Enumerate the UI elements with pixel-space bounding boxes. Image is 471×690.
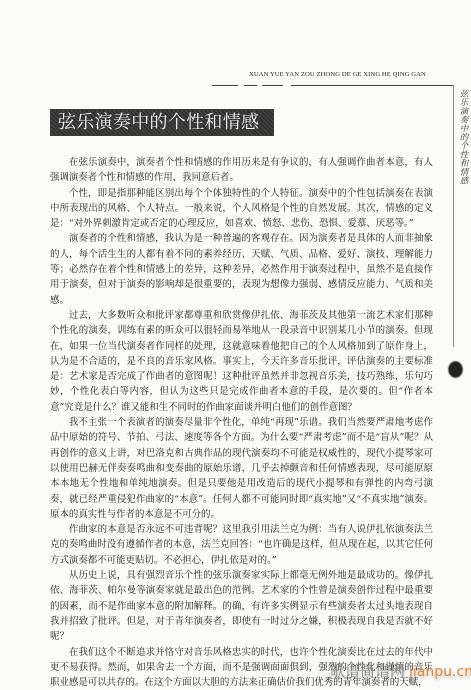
header-rule-gap xyxy=(257,84,262,87)
paragraph: 个性，即是指那种能区别出每个个体独特性的个人特征。演奏中的个性包括演奏在表演中所… xyxy=(50,186,433,232)
paragraph: 演奏者的个性和情感，我认为是一种普遍的客观存在。因为演奏者是具体的人而非抽象的人… xyxy=(50,231,433,307)
side-vertical-title: 弦乐演奏中的个性和情感 xyxy=(455,89,467,185)
paragraph: 作曲家的本意是否永远不可违背呢？这里我引用法兰克为例：当有人说伊扎依演奏法兰克的… xyxy=(50,522,433,568)
paragraph: 过去，大多数听众和批评家都尊重和欣赏像伊扎依、海菲茨及其他第一流艺术家们那种个性… xyxy=(50,308,433,415)
watermark: 歌谱简谱网jianpu.cn xyxy=(330,660,471,681)
watermark-cn: 歌谱简谱网 xyxy=(330,662,405,680)
paragraph: 我不主张一个表演者的演奏尽量非个性化，单纯“再现”乐谱。我们当然要严肃地考虑作品… xyxy=(50,415,433,522)
header-rule-gap xyxy=(238,84,244,87)
header-rule-gap xyxy=(283,84,291,87)
paragraph: 从历史上说，具有强烈音乐个性的弦乐演奏家实际上都毫无例外地是最成功的。像伊扎依、… xyxy=(50,568,433,644)
article-body: 在弦乐演奏中，演奏者个性和情感的作用历来是有争议的，有人强调作曲者本意，有人强调… xyxy=(50,155,433,690)
article-title: 弦乐演奏中的个性和情感 xyxy=(58,111,259,134)
side-rule xyxy=(453,85,454,347)
paragraph: 在弦乐演奏中，演奏者个性和情感的作用历来是有争议的，有人强调作曲者本意，有人强调… xyxy=(50,155,433,186)
header-rule xyxy=(212,85,454,86)
watermark-en: jianpu.cn xyxy=(409,664,471,680)
article-title-block: 弦乐演奏中的个性和情感 xyxy=(51,110,273,135)
page-number-badge xyxy=(449,362,462,377)
running-head: XUAN YUE YAN ZOU ZHONG DE GE XING HE QIN… xyxy=(249,71,449,78)
